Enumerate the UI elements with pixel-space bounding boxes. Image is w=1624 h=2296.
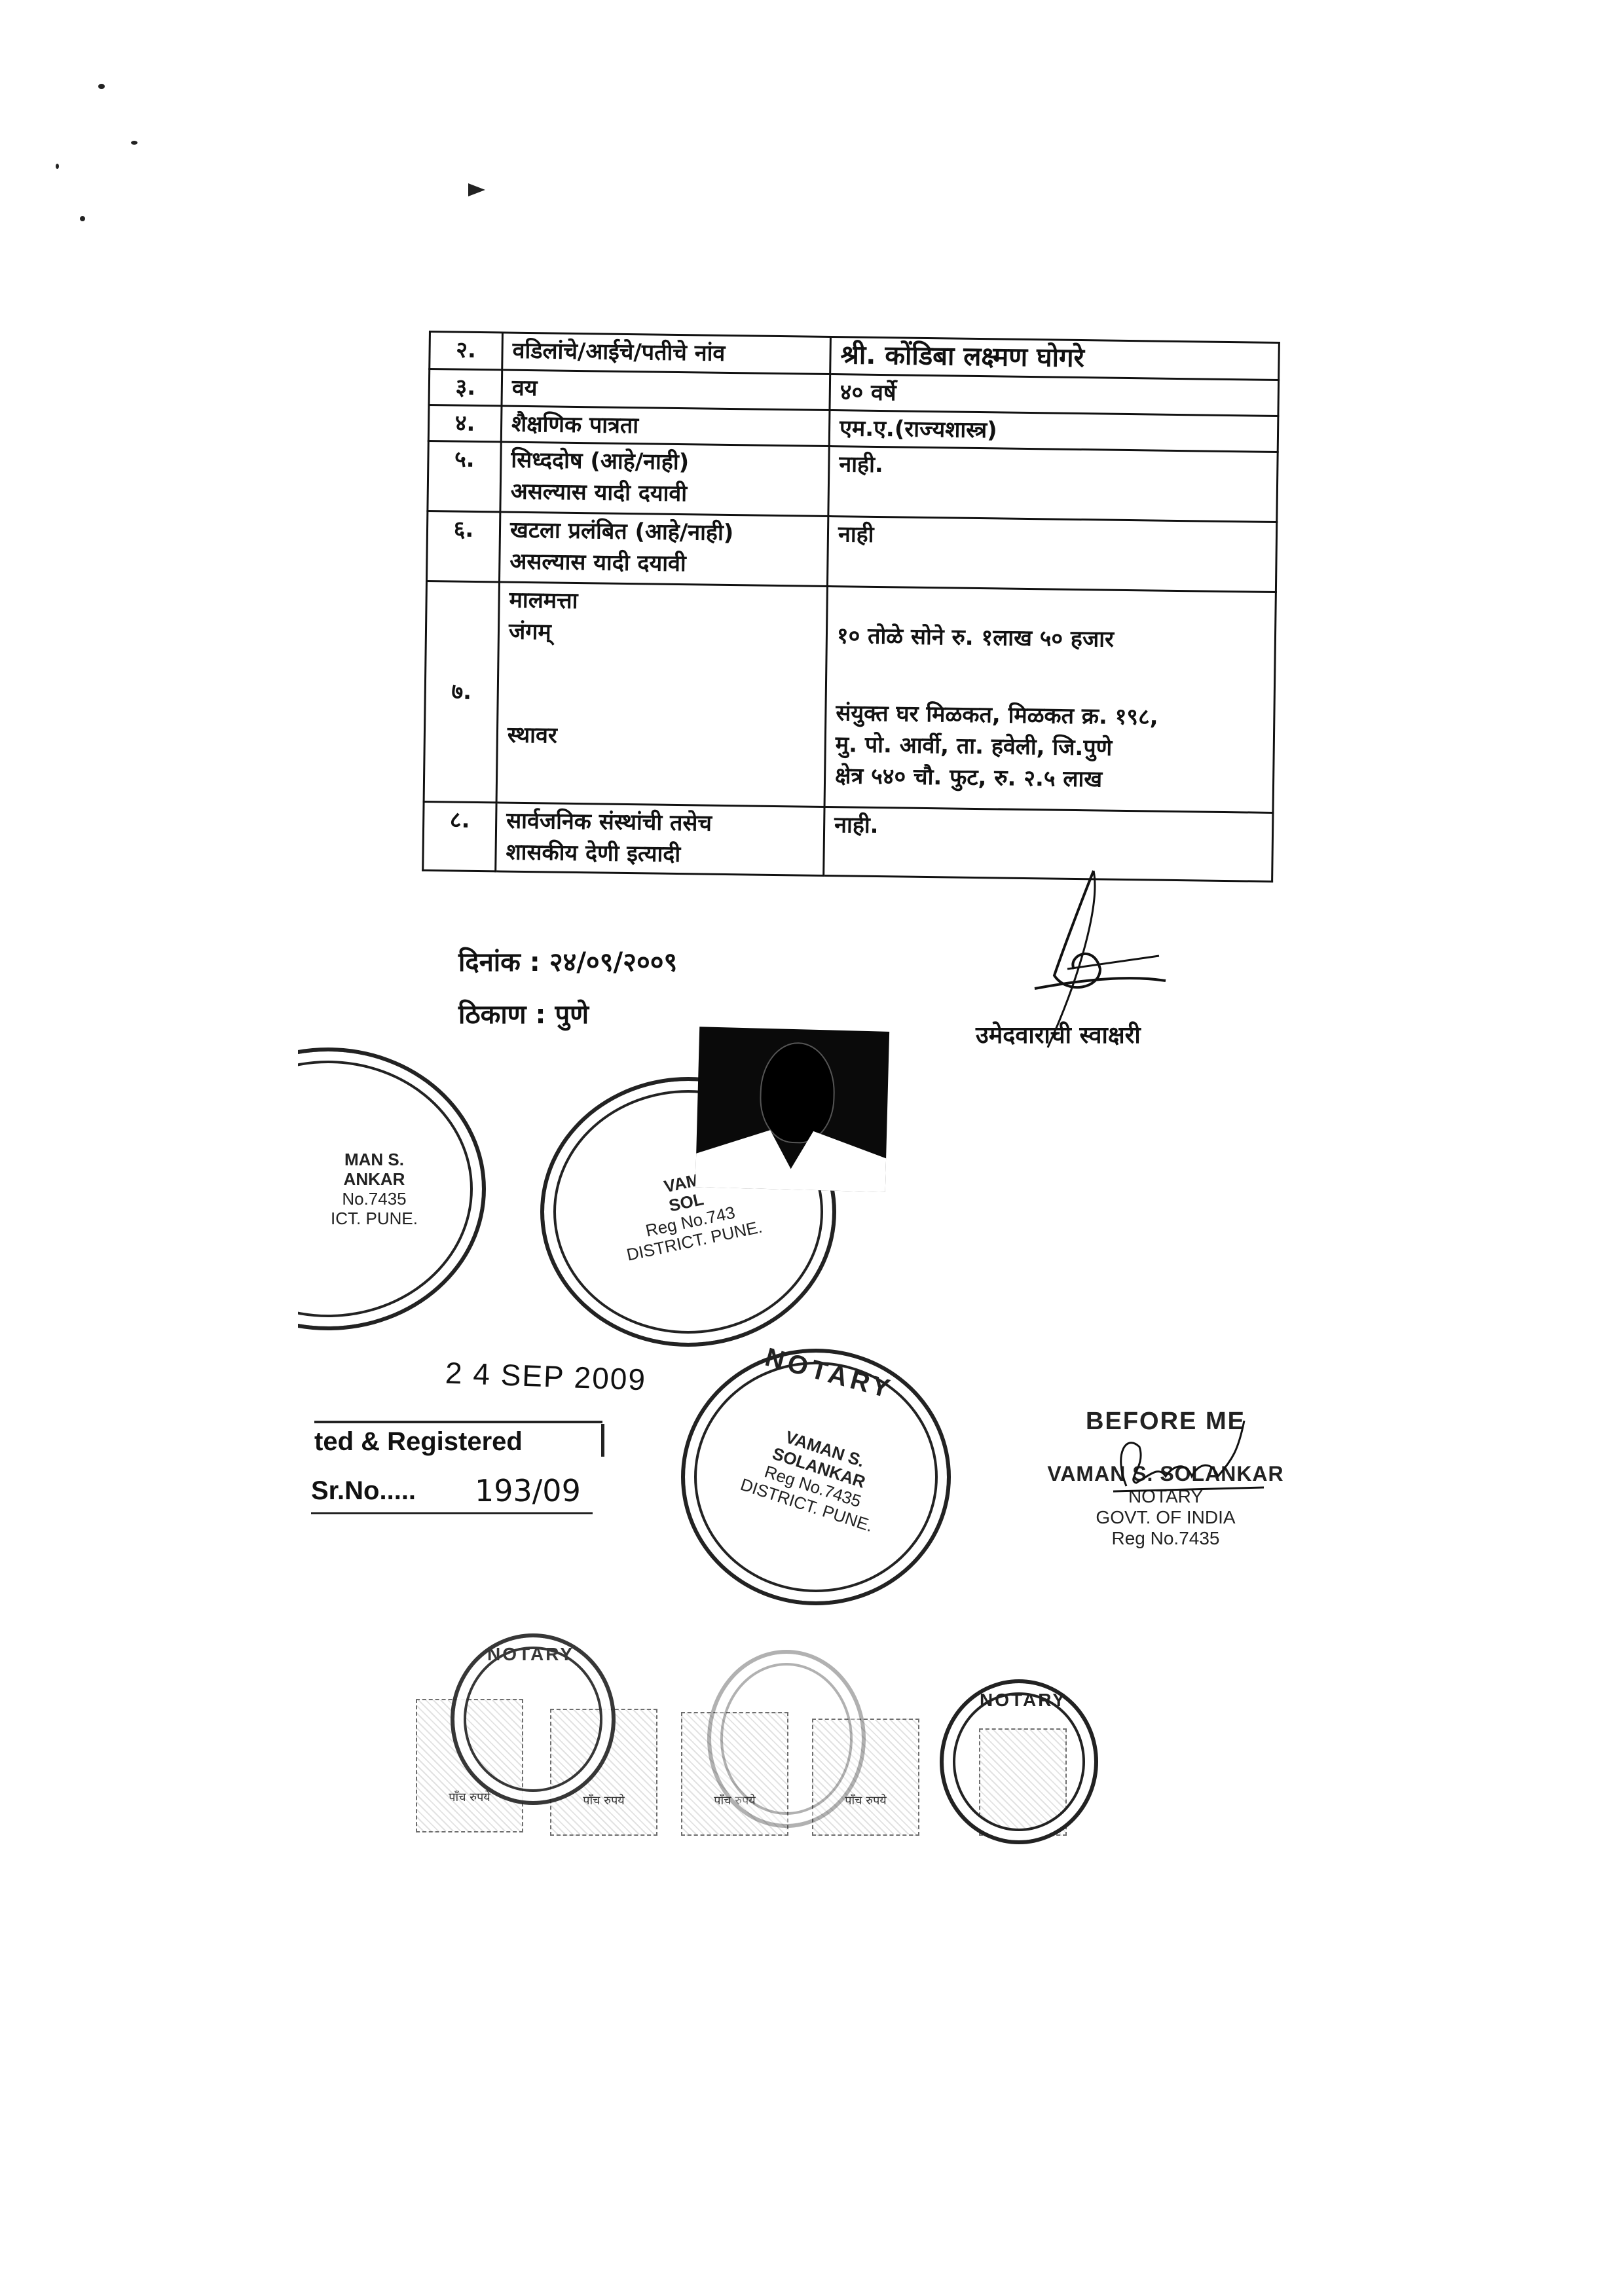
- scan-speck: [56, 164, 59, 169]
- row-value: एम.ए.(राज्यशास्त्र): [829, 410, 1278, 452]
- table-row: ५. सिध्ददोष (आहे/नाही) असल्यास यादी दयाव…: [428, 441, 1278, 522]
- row-number: २.: [430, 332, 503, 370]
- row-number: ५.: [428, 441, 501, 512]
- row-label-line: सिध्ददोष (आहे/नाही): [511, 445, 819, 480]
- row-number: ४.: [428, 405, 502, 442]
- row-label: शैक्षणिक पात्रता: [501, 406, 830, 446]
- serial-value: 193/09: [475, 1473, 581, 1508]
- row-label-line: शासकीय देणी इत्यादी: [506, 837, 814, 872]
- immovable-value: मु. पो. आर्वी, ता. हवेली, जि.पुणे: [835, 729, 1264, 766]
- row-label-line: खटला प्रलंबित (आहे/नाही): [510, 515, 819, 550]
- row-label: खटला प्रलंबित (आहे/नाही) असल्यास यादी दय…: [499, 512, 828, 587]
- scan-speck: [131, 141, 138, 145]
- row-value: १० तोळे सोने रु. १लाख ५० हजार संयुक्त घर…: [824, 586, 1276, 812]
- stamp-ring-text: NOTARY: [762, 1343, 896, 1405]
- stamp-ring-text: NOTARY: [487, 1644, 574, 1665]
- notary-attestation: BEFORE ME VAMAN S. SOLANKAR NOTARY GOVT.…: [1028, 1408, 1303, 1549]
- scan-speck: [80, 216, 85, 221]
- row-label-line: सार्वजनिक संस्थांची तसेच: [506, 805, 815, 841]
- immovable-label: स्थावर: [507, 720, 816, 755]
- row-label: सिध्ददोष (आहे/नाही) असल्यास यादी दयावी: [500, 442, 829, 517]
- candidate-photo: [695, 1027, 889, 1192]
- row-label-line: असल्यास यादी दयावी: [509, 546, 818, 581]
- row-number: ७.: [424, 581, 499, 802]
- affidavit-details-table: २. वडिलांचे/आईचे/पतीचे नांव श्री. कोंडिब…: [422, 331, 1280, 883]
- stamp-ring-text: NOTARY: [980, 1690, 1067, 1711]
- assets-label: मालमत्ता: [509, 585, 817, 620]
- row-number: ३.: [429, 369, 502, 406]
- row-number: ८.: [423, 801, 496, 871]
- scan-arrow-mark: [468, 183, 485, 196]
- movable-label: जंगम्: [509, 616, 817, 651]
- registered-text: ted & Registered: [314, 1427, 523, 1457]
- notary-signature-icon: [1100, 1414, 1270, 1499]
- notary-stamp-main: NOTARY VAMAN S. SOLANKAR Reg No.7435 DIS…: [681, 1349, 951, 1605]
- notary-stamp-small: NOTARY: [451, 1633, 616, 1805]
- notary-stamp-faded: [707, 1650, 866, 1828]
- immovable-value: क्षेत्र ५४० चौ. फुट, रु. २.५ लाख: [835, 760, 1264, 797]
- immovable-value: संयुक्त घर मिळकत, मिळकत क्र. १९८,: [836, 697, 1264, 735]
- row-label: मालमत्ता जंगम् स्थावर: [496, 582, 827, 807]
- table-row: ६. खटला प्रलंबित (आहे/नाही) असल्यास यादी…: [426, 511, 1276, 592]
- row-value: श्री. कोंडिबा लक्ष्मण घोगरे: [830, 337, 1280, 380]
- row-label: वय: [502, 370, 830, 410]
- stamp-text: No.7435: [331, 1189, 418, 1209]
- stamp-text: MAN S.: [331, 1150, 418, 1169]
- movable-value: १० तोळे सोने रु. १लाख ५० हजार: [837, 620, 1266, 657]
- stamp-text: ANKAR: [331, 1169, 418, 1189]
- stamp-text: ICT. PUNE.: [331, 1209, 418, 1228]
- row-value: नाही.: [828, 446, 1278, 522]
- place-line: ठिकाण : पुणे: [458, 995, 589, 1031]
- registration-date-stamp: 2 4 SEP 2009: [445, 1355, 647, 1398]
- row-label-line: असल्यास यादी दयावी: [510, 476, 819, 511]
- notary-stamp-small: NOTARY: [940, 1679, 1098, 1844]
- table-row: ७. मालमत्ता जंगम् स्थावर १० तोळे सोने रु…: [424, 581, 1276, 812]
- candidate-signature-label: उमेदवाराची स्वाक्षरी: [976, 1018, 1141, 1050]
- scan-speck: [98, 84, 105, 89]
- row-value: ४० वर्षे: [830, 374, 1279, 416]
- page-edge-mask: [0, 1021, 298, 1336]
- serial-label: Sr.No.....: [311, 1476, 416, 1506]
- row-number: ६.: [426, 511, 500, 581]
- row-value: नाही: [827, 517, 1276, 592]
- date-line: दिनांक : २४/०९/२००९: [458, 943, 677, 979]
- row-label: वडिलांचे/आईचे/पतीचे नांव: [502, 333, 831, 374]
- row-label: सार्वजनिक संस्थांची तसेच शासकीय देणी इत्…: [496, 803, 824, 876]
- notary-reg: Reg No.7435: [1028, 1528, 1303, 1549]
- notary-govt: GOVT. OF INDIA: [1028, 1507, 1303, 1528]
